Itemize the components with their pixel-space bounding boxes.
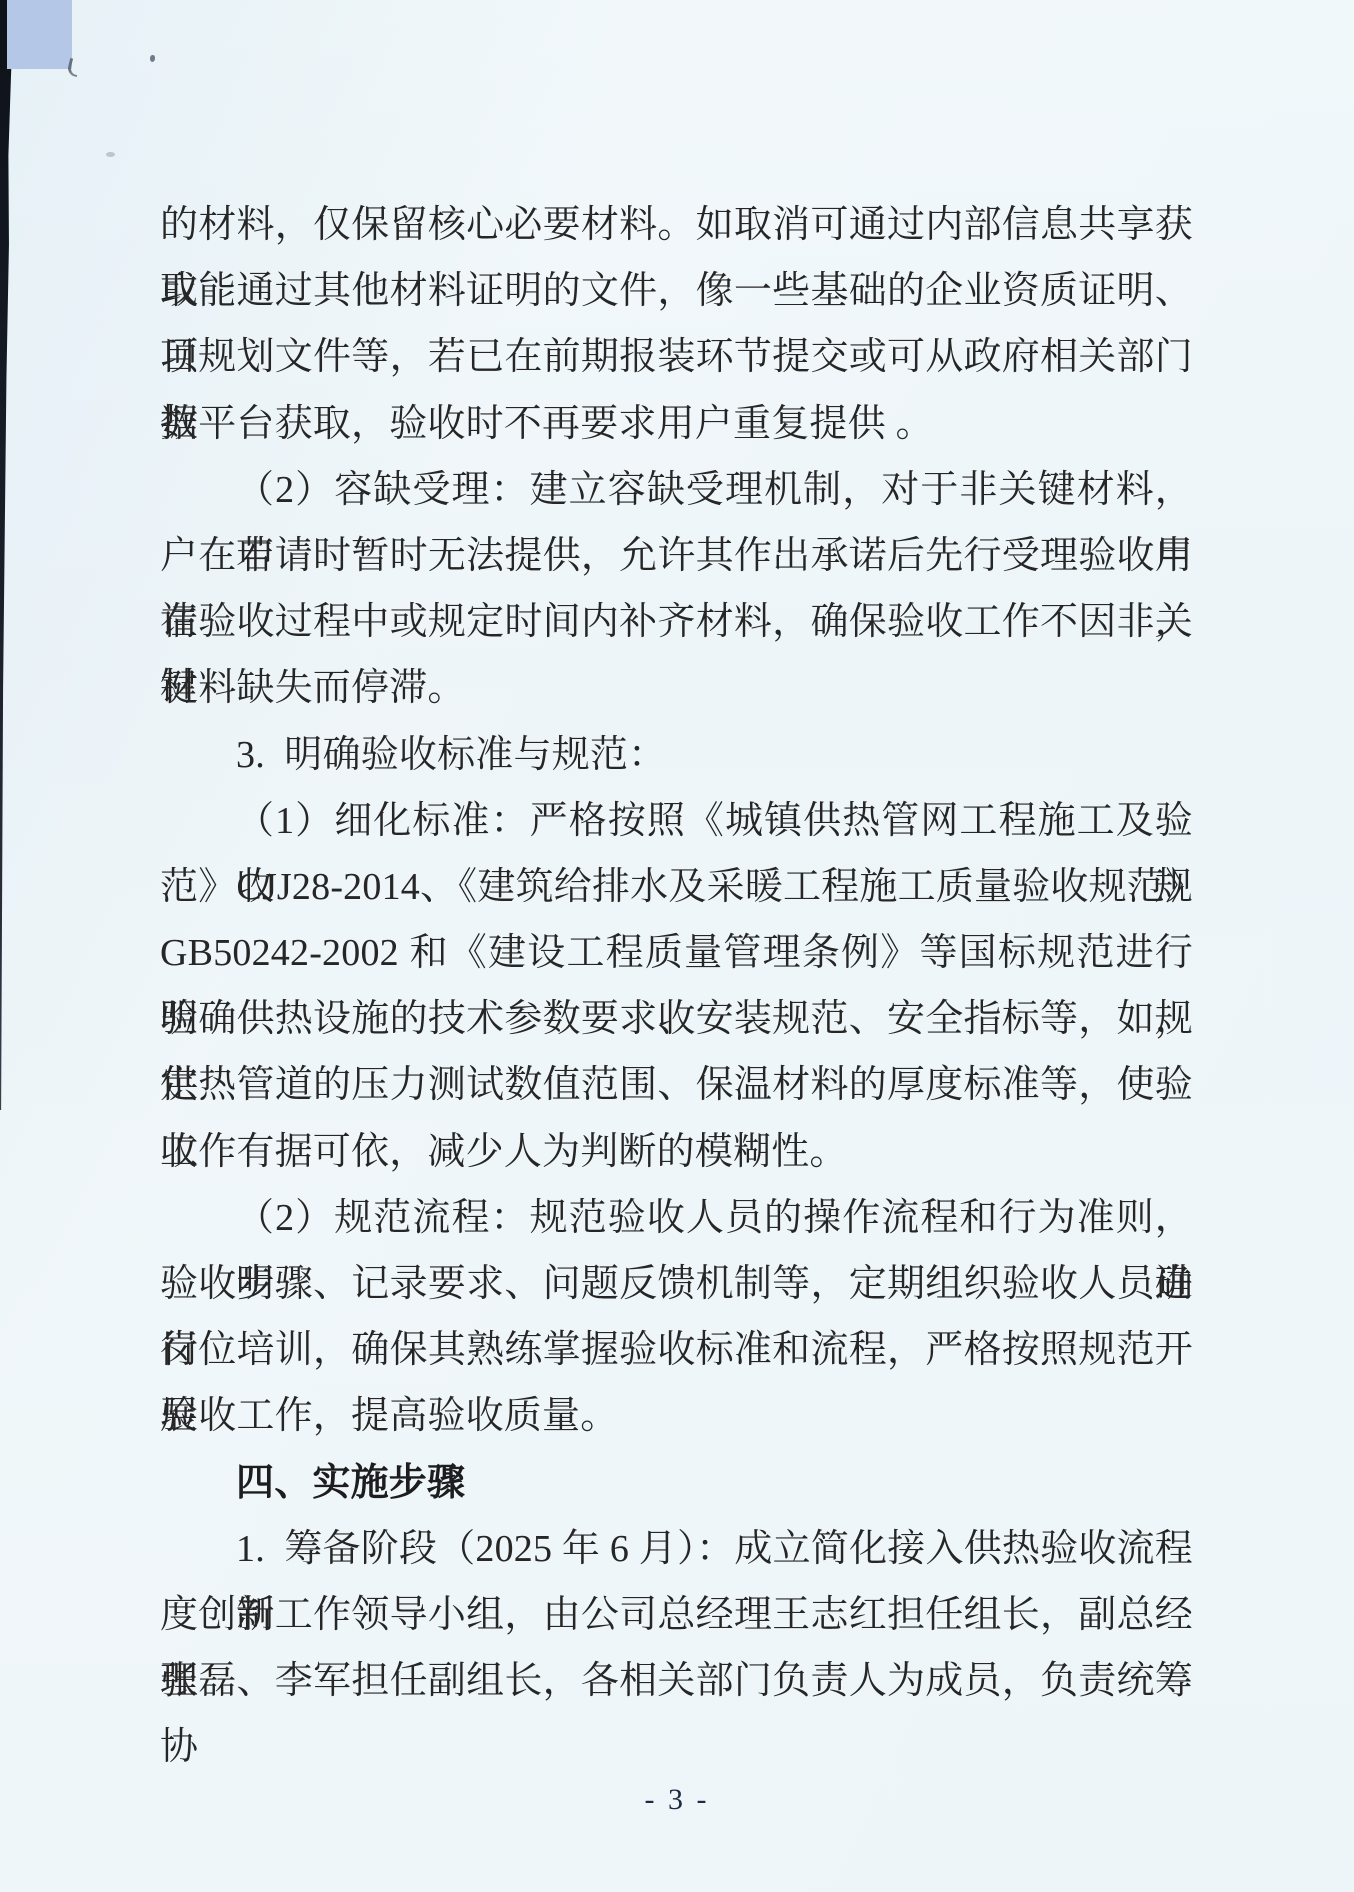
text-line: （2）规范流程：规范验收人员的操作流程和行为准则，明确 [160,1185,1193,1251]
text-line: 供热管道的压力测试数值范围、保温材料的厚度标准等，使验收 [160,1052,1193,1118]
text-line: 验收工作，提高验收质量。 [160,1383,1193,1449]
text-line: 户在申请时暂时无法提供，允许其作出承诺后先行受理验收申请， [160,523,1193,589]
text-line: 验收步骤、记录要求、问题反馈机制等，定期组织验收人员进行 [160,1251,1193,1317]
text-line: 张磊、李军担任副组长，各相关部门负责人为成员，负责统筹协 [160,1648,1193,1714]
text-line: GB50242-2002 和《建设工程质量管理条例》等国标规范进行验收， [160,920,1193,986]
scan-edge-artifact [0,0,14,1110]
text-line: 工作有据可依，减少人为判断的模糊性。 [160,1119,1193,1185]
document-body: 的材料，仅保留核心必要材料。如取消可通过内部信息共享获取或能通过其他材料证明的文… [160,192,1193,1714]
text-line: （2）容缺受理：建立容缺受理机制，对于非关键材料，若用 [160,457,1193,523]
scan-corner-square-artifact [7,0,72,69]
text-line: 岗位培训，确保其熟练掌握验收标准和流程，严格按照规范开展 [160,1317,1193,1383]
text-line: 3. 明确验收标准与规范： [160,722,1193,788]
page-number: - 3 - [0,1783,1354,1817]
text-line: 据平台获取，验收时不再要求用户重复提供 。 [160,391,1193,457]
text-line: 的材料，仅保留核心必要材料。如取消可通过内部信息共享获取 [160,192,1193,258]
text-line: 或能通过其他材料证明的文件，像一些基础的企业资质证明、项 [160,258,1193,324]
text-line: 度创新工作领导小组，由公司总经理王志红担任组长，副总经理 [160,1582,1193,1648]
ink-speck [106,152,115,157]
scanned-document-page: 的材料，仅保留核心必要材料。如取消可通过内部信息共享获取或能通过其他材料证明的文… [0,0,1354,1892]
text-line: 范》CJJ28-2014、《建筑给排水及采暖工程施工质量验收规范》 [160,854,1193,920]
text-line: （1）细化标准：严格按照《城镇供热管网工程施工及验收规 [160,788,1193,854]
text-line: 目规划文件等，若已在前期报装环节提交或可从政府相关部门数 [160,324,1193,390]
ink-speck [66,58,81,77]
ink-speck [150,55,155,62]
text-line: 材料缺失而停滞。 [160,655,1193,721]
text-line: 明确供热设施的技术参数要求、安装规范、安全指标等，如规定 [160,986,1193,1052]
text-line: 1. 筹备阶段（2025 年 6 月）：成立简化接入供热验收流程制 [160,1516,1193,1582]
section-heading: 四、实施步骤 [160,1450,1193,1516]
text-line: 在验收过程中或规定时间内补齐材料，确保验收工作不因非关键 [160,589,1193,655]
